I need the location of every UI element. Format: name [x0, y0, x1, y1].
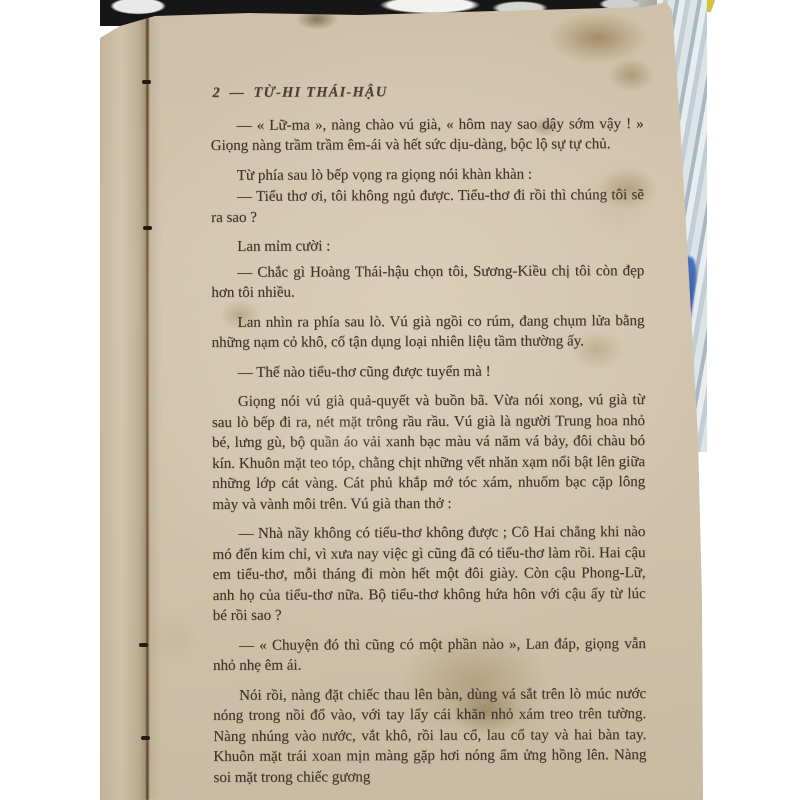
binding-gutter — [146, 18, 149, 800]
paragraph-narration: Nói rồi, nàng đặt chiếc thau lên bàn, dù… — [213, 684, 646, 788]
binding-stitch — [141, 736, 150, 740]
paragraph-narration: Từ phía sau lò bếp vọng ra giọng nói khà… — [211, 164, 644, 186]
paragraph-dialogue: — Nhà nầy không có tiểu-thơ không được ;… — [212, 522, 645, 626]
facing-page-sliver — [100, 0, 148, 800]
paragraph-narration: Lan mỉm cười : — [211, 235, 644, 257]
paragraph-dialogue: — « Chuyện đó thì cũng có một phần nào »… — [213, 634, 646, 677]
binding-stitch — [139, 643, 148, 647]
binding-stitch — [142, 80, 151, 84]
page-header: 2 — TỪ-HI THÁI-HẬU — [212, 81, 643, 103]
paragraph-dialogue: — Thế nào tiểu-thơ cũng được tuyển mà ! — [212, 361, 645, 383]
body-text: 2 — TỪ-HI THÁI-HẬU — « Lữ-ma », nàng chà… — [210, 81, 646, 788]
running-title: TỪ-HI THÁI-HẬU — [253, 82, 387, 103]
header-separator: — — [229, 83, 244, 104]
page-number: 2 — [212, 83, 220, 104]
paragraph-dialogue: — Chắc gì Hoàng Thái-hậu chọn tôi, Sương… — [211, 261, 644, 304]
paragraph-narration: Lan nhìn ra phía sau lò. Vú già ngồi co … — [211, 311, 644, 354]
paragraph-dialogue: — « Lữ-ma », nàng chào vú già, « hôm nay… — [211, 114, 644, 157]
book-page: 2 — TỪ-HI THÁI-HẬU — « Lữ-ma », nàng chà… — [100, 0, 707, 800]
paragraph-narration: Giọng nói vú già quả-quyết và buồn bã. V… — [212, 390, 646, 515]
book-photo: 2 — TỪ-HI THÁI-HẬU — « Lữ-ma », nàng chà… — [100, 0, 707, 800]
paragraph-dialogue: — Tiểu thơ ơi, tôi không ngủ được. Tiểu-… — [211, 185, 644, 228]
foxing-stain — [548, 12, 648, 64]
binding-stitch — [143, 226, 152, 230]
